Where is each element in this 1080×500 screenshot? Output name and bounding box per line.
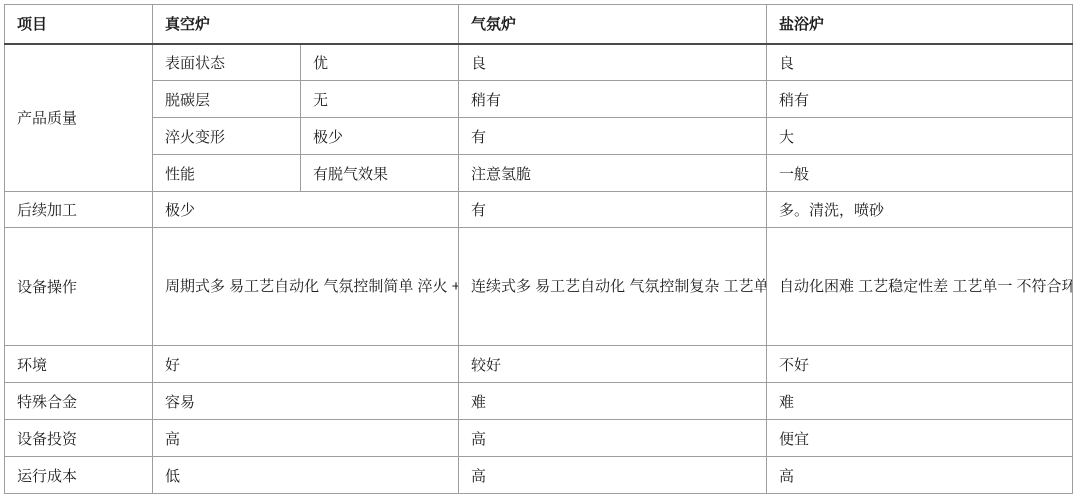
cell-atmosphere-value: 有	[459, 192, 767, 228]
cell-salt-bath-value: 不好	[767, 346, 1073, 383]
cell-atmosphere-value: 高	[459, 420, 767, 457]
row-label-equipment-operation: 设备操作	[5, 228, 153, 346]
cell-salt-bath-value: 高	[767, 457, 1073, 494]
table-row: 淬火变形 极少 有 大	[5, 118, 1073, 155]
table-row: 特殊合金 容易 难 难	[5, 383, 1073, 420]
row-label-special-alloys: 特殊合金	[5, 383, 153, 420]
row-label-environment: 环境	[5, 346, 153, 383]
row-label-equipment-investment: 设备投资	[5, 420, 153, 457]
furnace-comparison-table: 项目 真空炉 气氛炉 盐浴炉 产品质量 表面状态 优 良 良 脱碳层 无 稍有 …	[4, 4, 1073, 494]
cell-atmosphere-value: 稍有	[459, 81, 767, 118]
row-label-operating-cost: 运行成本	[5, 457, 153, 494]
cell-vacuum-value: 优	[301, 44, 459, 81]
cell-vacuum-value: 有脱气效果	[301, 155, 459, 192]
cell-vacuum-value: 低	[153, 457, 459, 494]
cell-atmosphere-value: 注意氢脆	[459, 155, 767, 192]
cell-vacuum-value: 容易	[153, 383, 459, 420]
table-row: 脱碳层 无 稍有 稍有	[5, 81, 1073, 118]
cell-attribute: 性能	[153, 155, 301, 192]
table-row: 环境 好 较好 不好	[5, 346, 1073, 383]
cell-salt-bath-value: 自动化困难 工艺稳定性差 工艺单一 不符合环保	[767, 228, 1073, 346]
cell-salt-bath-value: 良	[767, 44, 1073, 81]
table-row: 性能 有脱气效果 注意氢脆 一般	[5, 155, 1073, 192]
cell-vacuum-value: 极少	[301, 118, 459, 155]
cell-vacuum-value: 极少	[153, 192, 459, 228]
cell-vacuum-value: 好	[153, 346, 459, 383]
header-salt-bath-furnace: 盐浴炉	[767, 5, 1073, 44]
cell-atmosphere-value: 难	[459, 383, 767, 420]
cell-vacuum-value: 高	[153, 420, 459, 457]
cell-salt-bath-value: 多。清洗，喷砂	[767, 192, 1073, 228]
row-label-post-processing: 后续加工	[5, 192, 153, 228]
cell-vacuum-value: 周期式多 易工艺自动化 气氛控制简单 淬火 + 回火 符合环保，安全	[153, 228, 459, 346]
cell-atmosphere-value: 较好	[459, 346, 767, 383]
cell-attribute: 脱碳层	[153, 81, 301, 118]
table-row: 设备投资 高 高 便宜	[5, 420, 1073, 457]
cell-atmosphere-value: 连续式多 易工艺自动化 气氛控制复杂 工艺单一 要有灾害防止对策	[459, 228, 767, 346]
table-row: 产品质量 表面状态 优 良 良	[5, 44, 1073, 81]
header-vacuum-furnace: 真空炉	[153, 5, 459, 44]
cell-salt-bath-value: 难	[767, 383, 1073, 420]
cell-salt-bath-value: 大	[767, 118, 1073, 155]
cell-atmosphere-value: 有	[459, 118, 767, 155]
cell-attribute: 淬火变形	[153, 118, 301, 155]
cell-atmosphere-value: 高	[459, 457, 767, 494]
table-header-row: 项目 真空炉 气氛炉 盐浴炉	[5, 5, 1073, 44]
cell-salt-bath-value: 稍有	[767, 81, 1073, 118]
table-row: 设备操作 周期式多 易工艺自动化 气氛控制简单 淬火 + 回火 符合环保，安全 …	[5, 228, 1073, 346]
cell-attribute: 表面状态	[153, 44, 301, 81]
header-atmosphere-furnace: 气氛炉	[459, 5, 767, 44]
table-row: 运行成本 低 高 高	[5, 457, 1073, 494]
row-label-product-quality: 产品质量	[5, 44, 153, 192]
table-row: 后续加工 极少 有 多。清洗，喷砂	[5, 192, 1073, 228]
cell-vacuum-value: 无	[301, 81, 459, 118]
cell-salt-bath-value: 便宜	[767, 420, 1073, 457]
header-item: 项目	[5, 5, 153, 44]
furnace-comparison-page: 项目 真空炉 气氛炉 盐浴炉 产品质量 表面状态 优 良 良 脱碳层 无 稍有 …	[0, 0, 1080, 500]
cell-atmosphere-value: 良	[459, 44, 767, 81]
cell-salt-bath-value: 一般	[767, 155, 1073, 192]
